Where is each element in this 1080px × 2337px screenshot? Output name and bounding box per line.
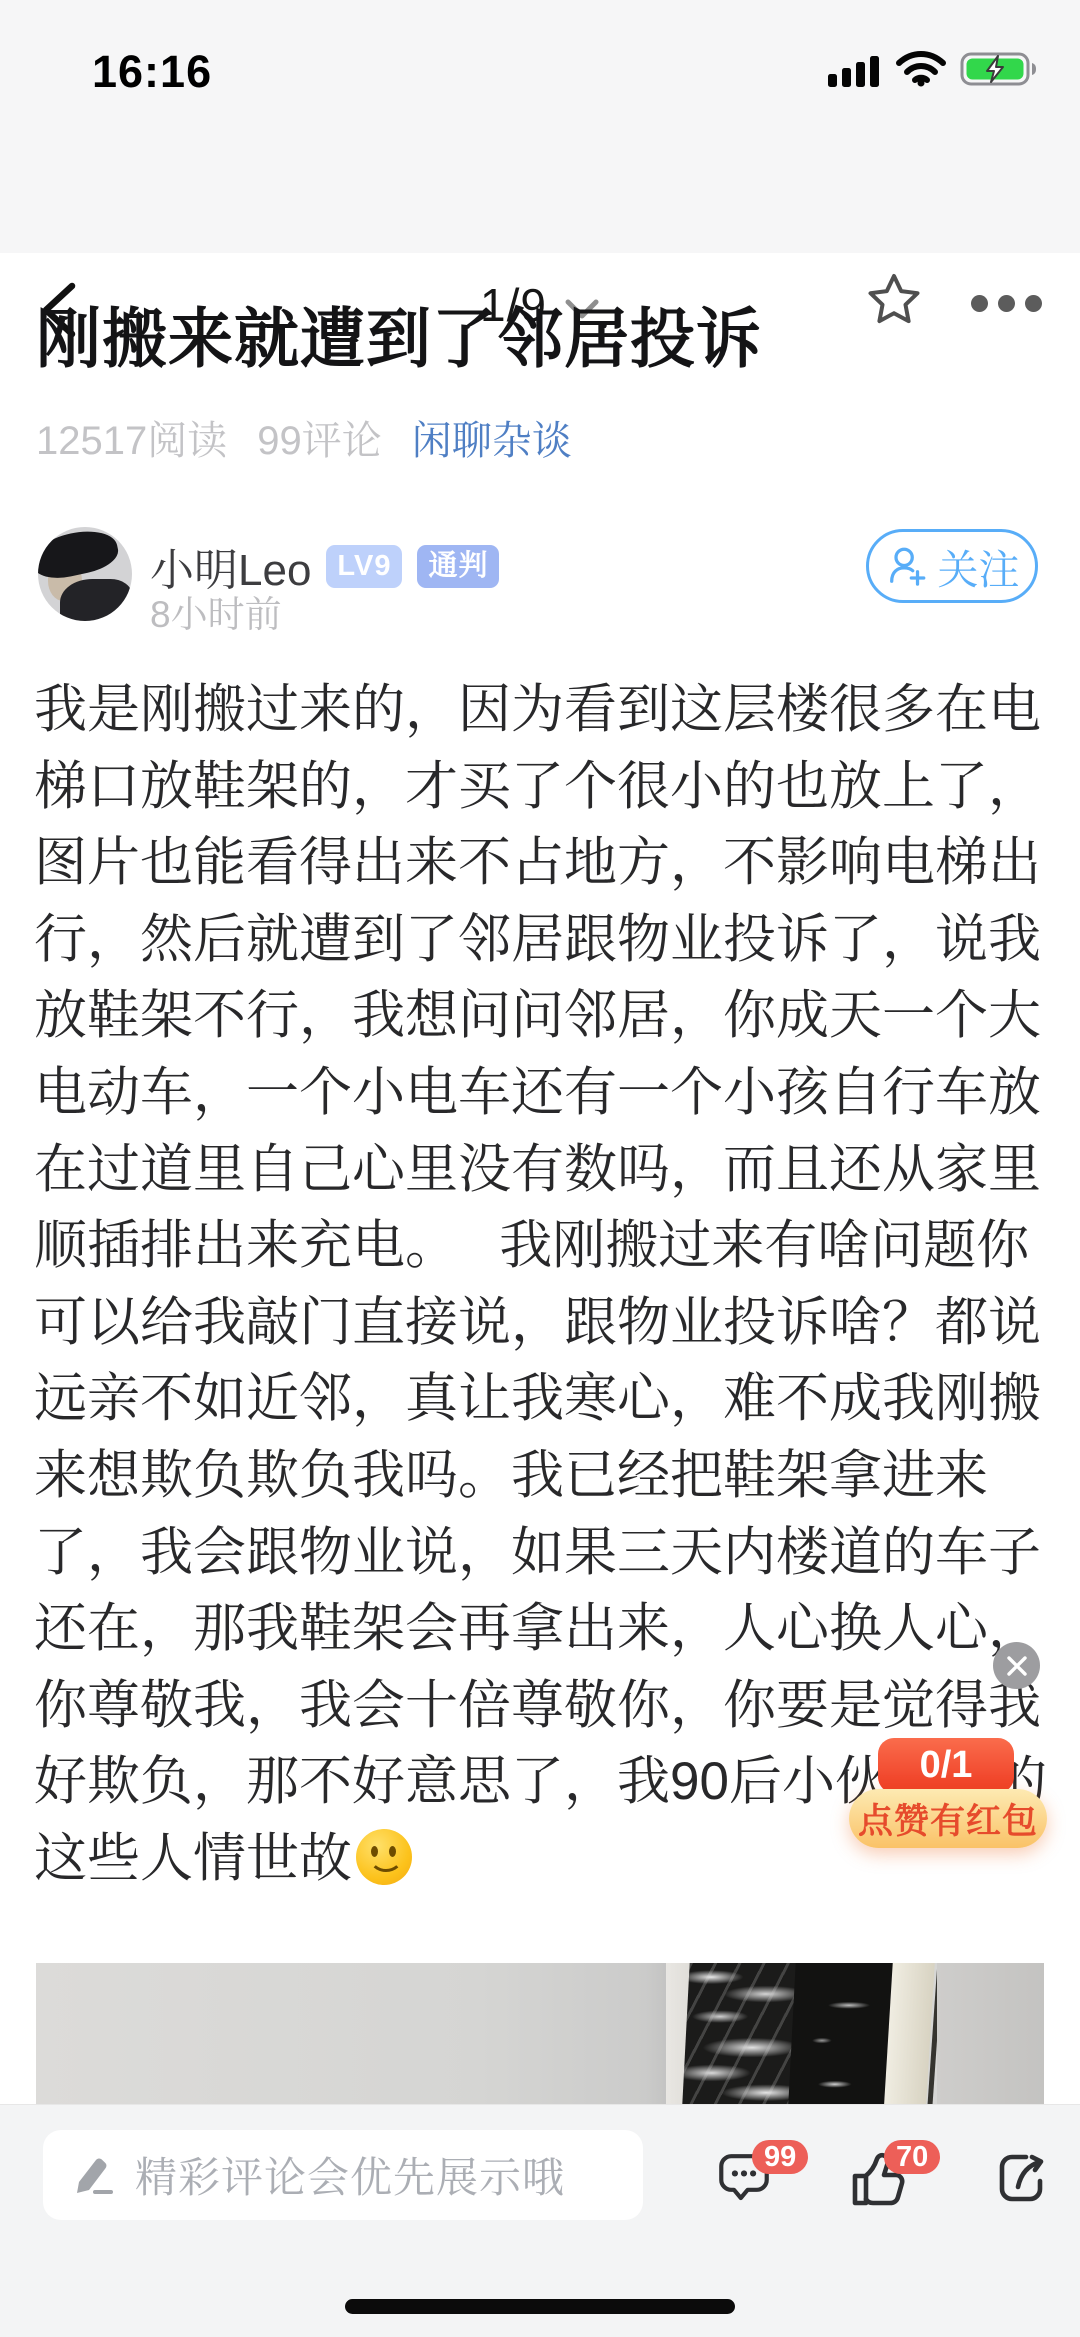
body-line: 顺插排出来充电。 我刚搬过来有啥问题你 [34,1208,1048,1285]
role-badge: 通判 [417,545,499,588]
body-line: 放鞋架不行，我想问问邻居，你成天一个大 [34,978,1048,1055]
status-time: 16:16 [92,46,212,98]
post-time: 8小时前 [150,584,282,638]
body-line: 可以给我敲门直接说，跟物业投诉啥？都说 [34,1285,1048,1362]
close-red-packet-button[interactable] [993,1642,1040,1689]
body-line: 来想欺负欺负我吗。我已经把鞋架拿进来 [34,1438,1048,1515]
post-photo[interactable] [36,1963,1044,2104]
smiley-emoji [356,1829,412,1885]
close-icon [1005,1654,1029,1678]
photo-marble-veined [682,1963,800,2104]
comment-placeholder: 精彩评论会优先展示哦 [135,2145,565,2205]
wifi-icon [895,50,947,93]
share-button[interactable] [993,2147,1049,2210]
body-line: 还在，那我鞋架会再拿出来，人心换人心， [34,1591,1048,1668]
follow-button[interactable]: 关注 [866,529,1038,603]
post-title: 刚搬来就遭到了邻居投诉 [36,294,1044,384]
body-line: 行，然后就遭到了邻居跟物业投诉了，说我 [34,902,1048,979]
body-line: 我是刚搬过来的，因为看到这层楼很多在电 [34,672,1048,749]
avatar-torso [60,579,132,621]
author-avatar[interactable] [38,527,132,621]
cellular-signal-icon [828,51,882,92]
photo-marble-dark [788,1963,896,2104]
post-body: 我是刚搬过来的，因为看到这层楼很多在电梯口放鞋架的，才买了个很小的也放上了，图片… [34,672,1048,1898]
person-add-icon [885,544,929,588]
battery-charging-icon [960,50,1040,93]
body-line: 电动车，一个小电车还有一个小孩自行车放 [34,1055,1048,1132]
body-line: 你尊敬我，我会十倍尊敬你，你要是觉得我 [34,1668,1048,1745]
comment-count: 99评论 [257,409,382,466]
photo-door-frame [883,1963,935,2104]
pencil-icon [73,2154,115,2196]
post-meta: 12517阅读 99评论 闲聊杂谈 [36,409,572,466]
body-line: 了，我会跟物业说，如果三天内楼道的车子 [34,1515,1048,1592]
red-packet-counter: 0/1 [878,1738,1014,1793]
status-icons [828,50,1040,93]
photo-door [937,1963,1044,2104]
photo-wall [36,1963,671,2104]
home-indicator[interactable] [345,2299,735,2314]
body-line: 远亲不如近邻，真让我寒心，难不成我刚搬 [34,1361,1048,1438]
level-badge: LV9 [326,545,402,588]
share-icon [993,2147,1049,2205]
follow-label: 关注 [938,537,1020,596]
body-line: 梯口放鞋架的，才买了个很小的也放上了， [34,749,1048,826]
red-packet-button[interactable]: 点赞有红包 [849,1789,1047,1848]
body-line: 图片也能看得出来不占地方，不影响电梯出 [34,825,1048,902]
like-count-badge: 70 [884,2140,940,2174]
category-link[interactable]: 闲聊杂谈 [412,409,572,466]
read-count: 12517阅读 [36,409,227,466]
comment-input[interactable]: 精彩评论会优先展示哦 [43,2130,643,2220]
nav-bar: 1/9 [0,120,1080,253]
top-chrome: 16:16 [0,0,1080,253]
app-screen: 16:16 [0,0,1080,2337]
body-line: 在过道里自己心里没有数吗，而且还从家里 [34,1132,1048,1209]
comment-count-badge: 99 [752,2140,808,2174]
